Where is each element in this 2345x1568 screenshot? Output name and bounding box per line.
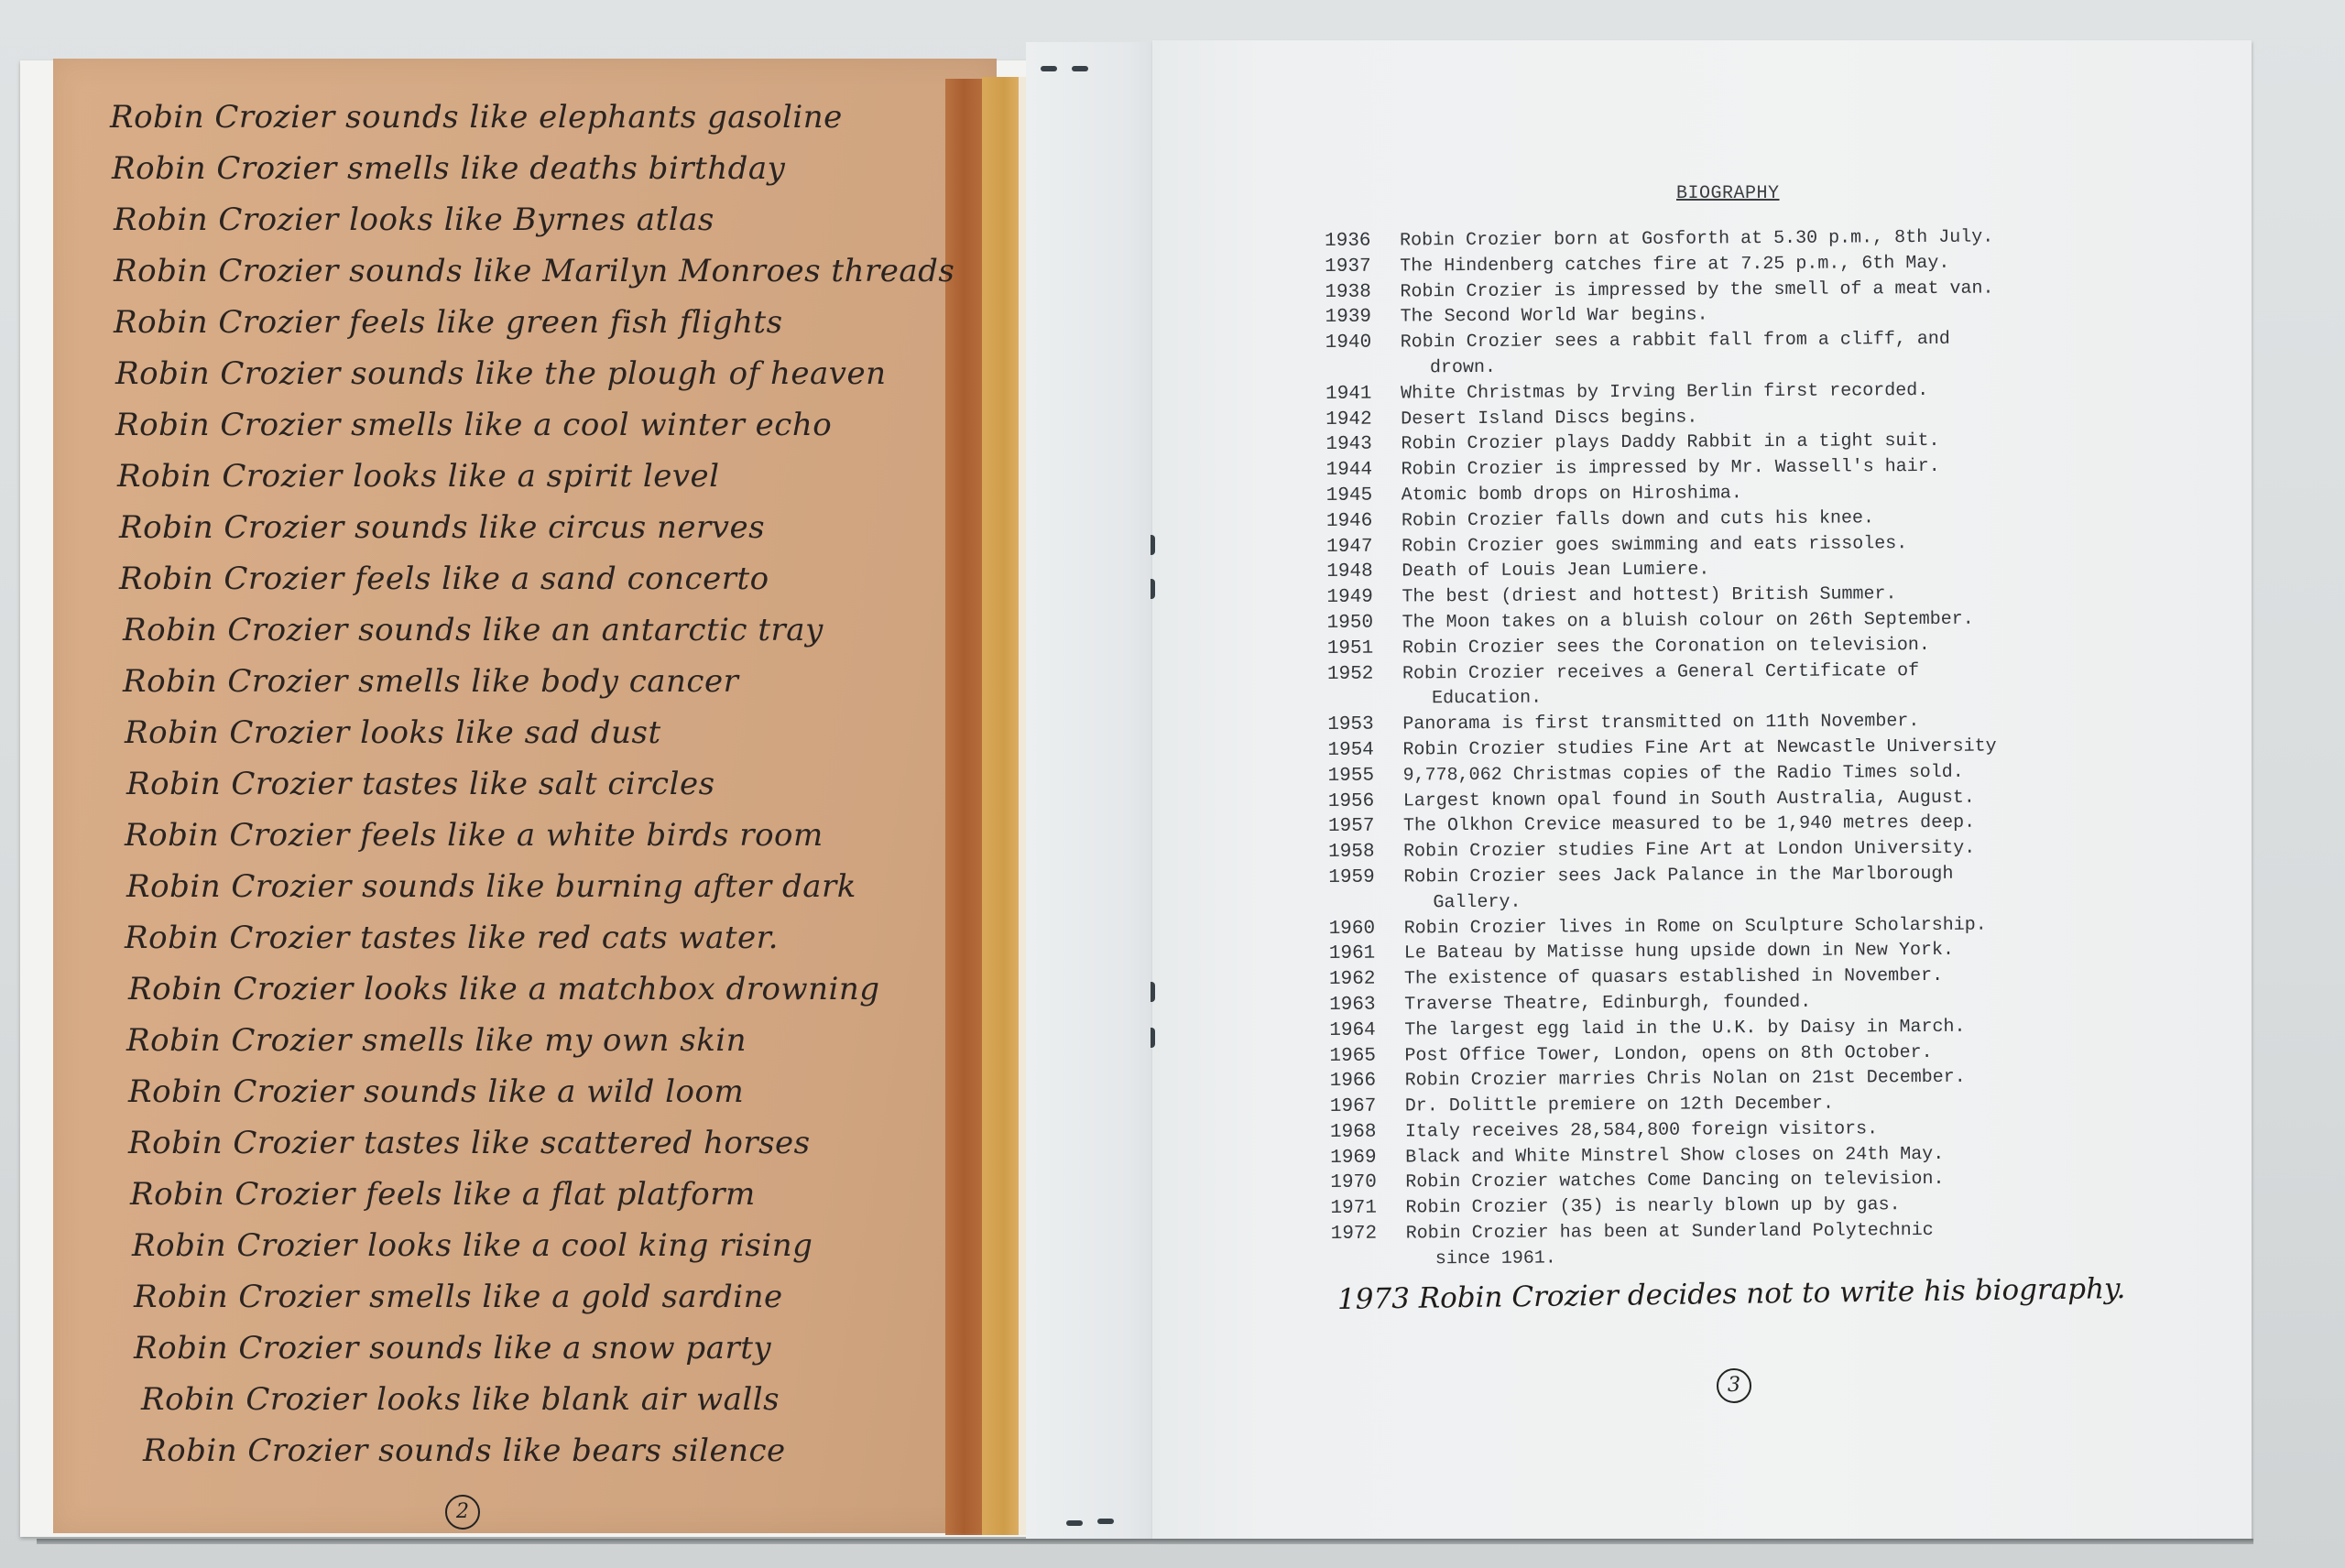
bio-year: 1956 [1328,789,1403,814]
poem-line: Robin Crozier tastes like red cats water… [110,912,934,964]
poem-line: Robin Crozier feels like a white birds r… [110,810,934,861]
bio-year: 1936 [1325,228,1400,254]
bio-year: 1942 [1325,407,1401,432]
poem-line: Robin Crozier feels like a sand concerto [110,553,934,604]
poem-line: Robin Crozier sounds like bears silence [110,1425,934,1476]
poem-line: Robin Crozier smells like my own skin [110,1015,934,1066]
bio-year: 1943 [1325,432,1401,458]
poem-line: Robin Crozier smells like body cancer [110,656,934,707]
bio-year: 1953 [1327,713,1402,738]
poem-line: Robin Crozier sounds like circus nerves [110,502,934,553]
bio-year: 1969 [1330,1145,1405,1171]
bio-year: 1968 [1330,1119,1405,1145]
poem-line: Robin Crozier sounds like a wild loom [110,1066,934,1117]
bio-year: 1938 [1325,279,1400,305]
poem-line: Robin Crozier smells like a gold sardine [110,1271,934,1323]
staple-icon [1151,579,1155,599]
bio-text: Robin Crozier has been at Sunderland Pol… [1406,1217,2119,1247]
bio-year: 1959 [1328,865,1403,890]
bio-year: 1971 [1330,1196,1405,1222]
bio-year: 1939 [1325,305,1401,331]
bio-year: 1937 [1325,254,1400,279]
poem-line: Robin Crozier tastes like salt circles [110,758,934,810]
bio-year: 1962 [1329,967,1404,993]
staple-icon [1151,535,1155,555]
biography-title: BIOGRAPHY [1676,183,1780,204]
page-number-circled: 2 [445,1495,480,1530]
handwritten-poem: Robin Crozier sounds like elephants gaso… [110,92,934,1476]
staple-icon [1072,66,1088,71]
poem-line: Robin Crozier sounds like elephants gaso… [110,92,934,143]
poem-line: Robin Crozier looks like sad dust [110,707,934,758]
bio-year: 1958 [1328,840,1403,866]
bio-year: 1946 [1326,508,1402,534]
poem-line: Robin Crozier feels like green fish flig… [110,297,934,348]
page-number-circled: 3 [1717,1368,1751,1403]
staple-icon [1041,66,1057,71]
bio-text: Robin Crozier receives a General Certifi… [1402,657,2115,687]
bio-year: 1954 [1327,737,1402,763]
bio-year: 1957 [1328,814,1403,840]
poem-line: Robin Crozier looks like Byrnes atlas [110,194,934,245]
rust-color-band [945,79,982,1535]
bio-entry: 1959Robin Crozier sees Jack Palance in t… [1328,861,2116,891]
bio-year: 1945 [1326,483,1402,508]
poem-line: Robin Crozier looks like blank air walls [110,1374,934,1425]
poem-line: Robin Crozier looks like a spirit level [110,451,934,502]
bio-year: 1964 [1329,1018,1404,1043]
bio-entry: 1940Robin Crozier sees a rabbit fall fro… [1325,326,2113,356]
staple-icon [1151,982,1155,1002]
bio-year: 1948 [1326,560,1402,585]
poem-line: Robin Crozier sounds like Marilyn Monroe… [110,245,934,297]
poem-line: Robin Crozier feels like a flat platform [110,1169,934,1220]
poem-line: Robin Crozier sounds like an antarctic t… [110,604,934,656]
cream-edge-band [1019,77,1026,1535]
poem-line: Robin Crozier looks like a cool king ris… [110,1220,934,1271]
bio-year: 1955 [1328,763,1403,789]
staple-icon [1097,1519,1114,1524]
bio-year: 1960 [1329,916,1404,942]
bio-year: 1940 [1325,331,1401,356]
bio-year: 1963 [1329,992,1404,1018]
biography-list: 1936Robin Crozier born at Gosforth at 5.… [1325,224,2119,1273]
bio-year: 1941 [1325,381,1401,407]
staple-icon [1066,1520,1083,1526]
bio-year: 1944 [1326,458,1402,484]
bio-year: 1966 [1330,1069,1405,1094]
bio-continuation: since 1961. [1331,1243,2119,1273]
poem-line: Robin Crozier smells like deaths birthda… [110,143,934,194]
poem-line: Robin Crozier sounds like a snow party [110,1323,934,1374]
bio-year: 1967 [1330,1094,1405,1120]
bio-year: 1950 [1327,610,1402,636]
booklet-bottom-edge [37,1539,2253,1544]
gutter [1026,42,1154,1539]
poem-line: Robin Crozier looks like a matchbox drow… [110,964,934,1015]
poem-line: Robin Crozier smells like a cool winter … [110,399,934,451]
bio-entry: 1972Robin Crozier has been at Sunderland… [1331,1217,2119,1247]
bio-year: 1970 [1330,1171,1405,1196]
bio-year: 1961 [1329,942,1404,967]
open-booklet: Robin Crozier sounds like elephants gaso… [0,0,2345,1568]
staple-icon [1151,1028,1155,1048]
ochre-color-band [982,77,1019,1535]
bio-year: 1965 [1329,1043,1404,1069]
bio-year: 1972 [1331,1222,1406,1247]
bio-year: 1951 [1327,636,1402,661]
bio-year: 1949 [1326,585,1402,611]
bio-year: 1952 [1327,661,1402,687]
bio-year: 1947 [1326,534,1402,560]
bio-entry: 1952Robin Crozier receives a General Cer… [1327,657,2115,687]
poem-line: Robin Crozier tastes like scattered hors… [110,1117,934,1169]
bio-text: Robin Crozier sees a rabbit fall from a … [1401,326,2113,356]
poem-line: Robin Crozier sounds like burning after … [110,861,934,912]
bio-text: Robin Crozier sees Jack Palance in the M… [1403,861,2116,891]
poem-line: Robin Crozier sounds like the plough of … [110,348,934,399]
